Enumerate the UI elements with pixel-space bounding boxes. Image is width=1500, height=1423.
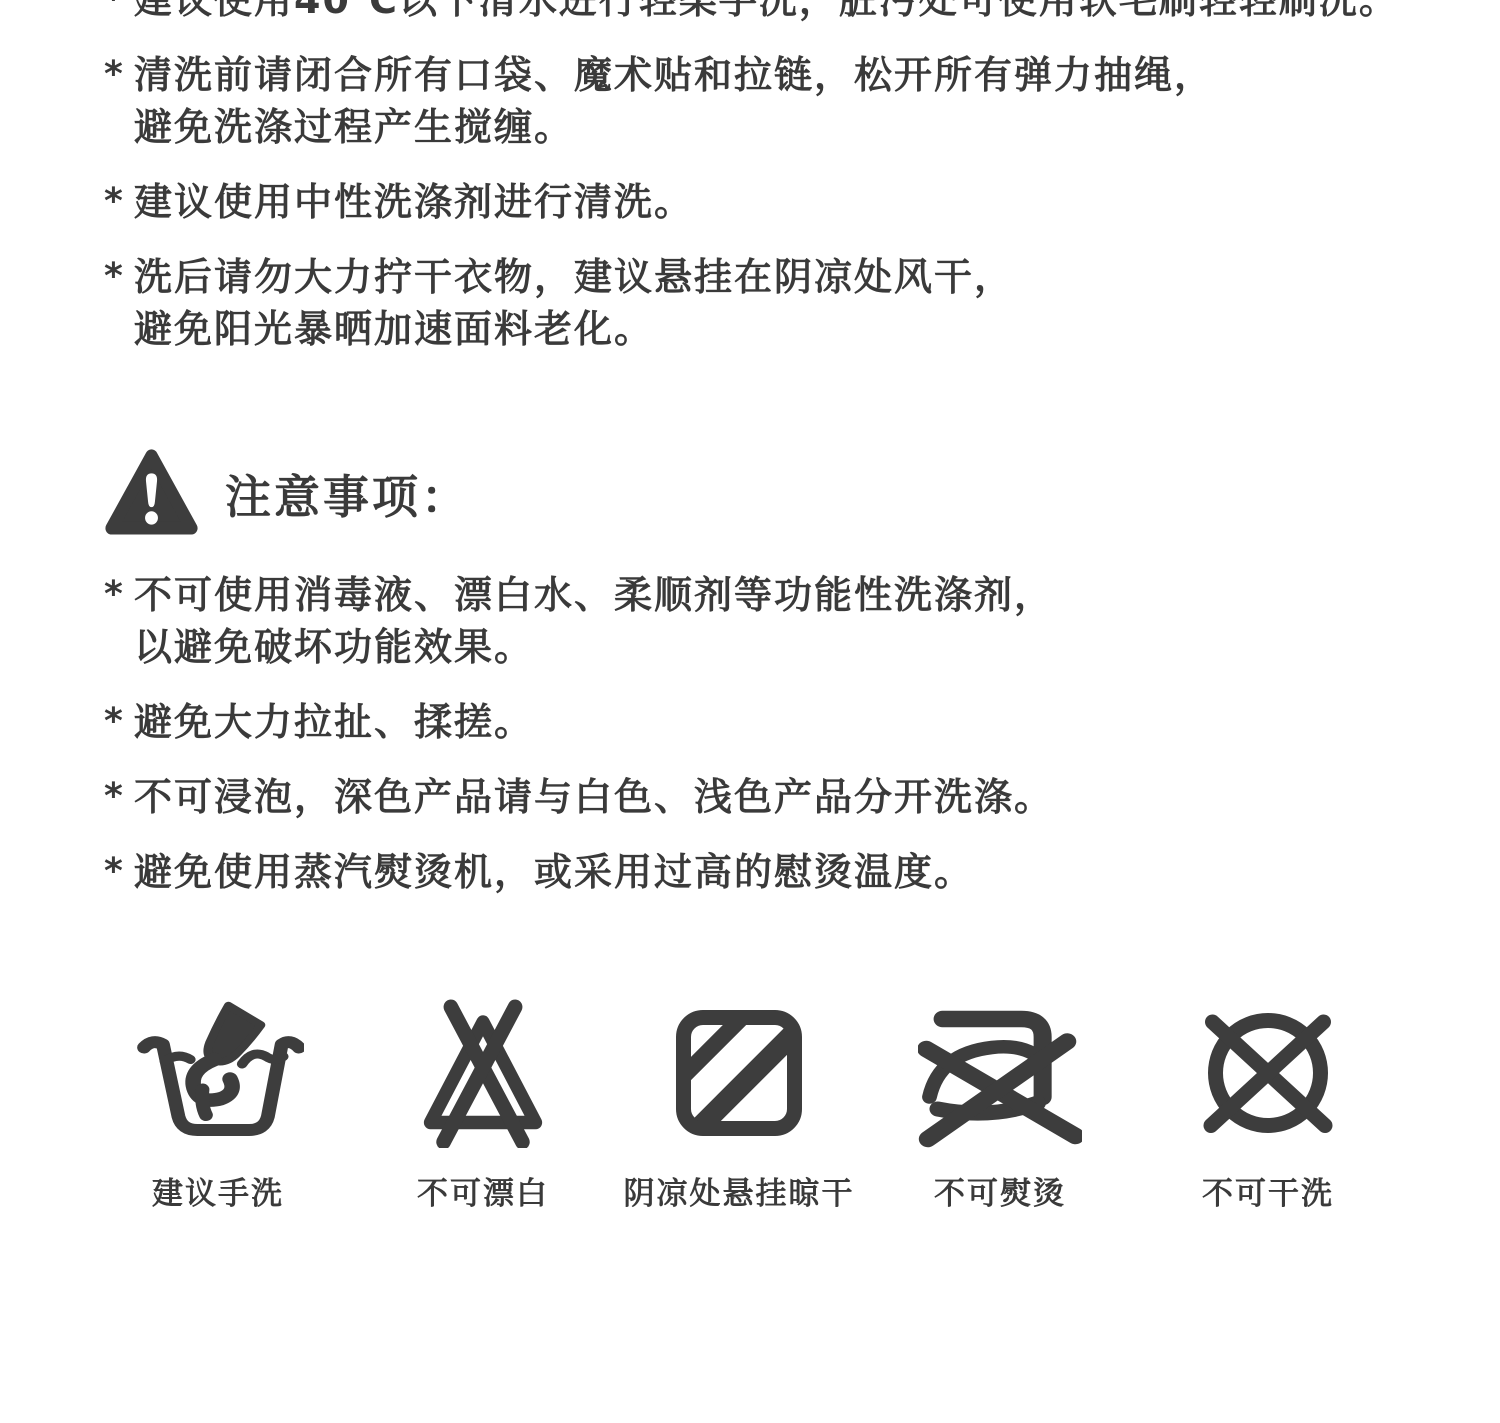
notice-line: 不可浸泡，深色产品请与白色、浅色产品分开洗涤。: [134, 771, 1054, 823]
no-ironing-icon: [860, 998, 1140, 1148]
notice-item: * 避免使用蒸汽熨烫机，或采用过高的慰烫温度。: [104, 846, 1460, 898]
care-tip: * 清洗前请闭合所有口袋、魔术贴和拉链，松开所有弹力抽绳， 避免洗涤过程产生搅缠…: [104, 49, 1460, 153]
care-symbol-label: 不可熨烫: [860, 1174, 1140, 1214]
bullet-asterisk: *: [104, 176, 134, 228]
notice-line: 避免使用蒸汽熨烫机，或采用过高的慰烫温度。: [134, 846, 974, 898]
tip-line: 清洗前请闭合所有口袋、魔术贴和拉链，松开所有弹力抽绳， 避免洗涤过程产生搅缠。: [134, 49, 1214, 153]
care-instructions-content: * 建议使用40℃以下清水进行轻柔手洗，脏污处可使用软毛刷轻轻刷洗。 * 清洗前…: [0, 0, 1500, 355]
care-symbol-line-dry-shade: 阴凉处悬挂晾干: [599, 998, 879, 1214]
bullet-asterisk: *: [104, 251, 134, 303]
no-bleach-icon: [343, 998, 623, 1148]
notice-item: * 避免大力拉扯、揉搓。: [104, 696, 1460, 748]
care-symbol-label: 阴凉处悬挂晾干: [599, 1174, 879, 1214]
notice-header: 注意事项：: [104, 447, 1500, 541]
notice-heading: 注意事项：: [225, 461, 470, 527]
line-dry-in-shade-icon: [599, 998, 879, 1148]
care-tip: * 洗后请勿大力拧干衣物，建议悬挂在阴凉处风干， 避免阳光暴晒加速面料老化。: [104, 251, 1460, 355]
notice-line: 不可使用消毒液、漂白水、柔顺剂等功能性洗涤剂， 以避免破坏功能效果。: [134, 569, 1054, 673]
tip-line: 建议使用中性洗涤剂进行清洗。: [134, 176, 694, 228]
tip-line: 洗后请勿大力拧干衣物，建议悬挂在阴凉处风干， 避免阳光暴晒加速面料老化。: [134, 251, 1014, 355]
hand-wash-icon: [78, 998, 358, 1148]
care-symbol-label: 不可干洗: [1128, 1174, 1408, 1214]
bullet-asterisk: *: [104, 569, 134, 621]
bullet-asterisk: *: [104, 846, 134, 898]
care-tip-cropped: * 建议使用40℃以下清水进行轻柔手洗，脏污处可使用软毛刷轻轻刷洗。: [104, 0, 1460, 26]
bullet-asterisk: *: [104, 771, 134, 823]
warning-triangle-icon: [104, 447, 199, 541]
bullet-asterisk: *: [104, 696, 134, 748]
notice-item: * 不可使用消毒液、漂白水、柔顺剂等功能性洗涤剂， 以避免破坏功能效果。: [104, 569, 1460, 673]
no-dry-clean-icon: [1128, 998, 1408, 1148]
care-tip: * 建议使用中性洗涤剂进行清洗。: [104, 176, 1460, 228]
notice-item: * 不可浸泡，深色产品请与白色、浅色产品分开洗涤。: [104, 771, 1460, 823]
care-instructions-page: * 建议使用40℃以下清水进行轻柔手洗，脏污处可使用软毛刷轻轻刷洗。 * 清洗前…: [0, 0, 1500, 1423]
care-symbols-row: 建议手洗 不可漂白: [0, 998, 1500, 1298]
care-symbol-label: 建议手洗: [78, 1174, 358, 1214]
care-symbol-label: 不可漂白: [343, 1174, 623, 1214]
notice-line: 避免大力拉扯、揉搓。: [134, 696, 534, 748]
care-symbol-hand-wash: 建议手洗: [78, 998, 358, 1214]
care-symbol-no-ironing: 不可熨烫: [860, 998, 1140, 1214]
care-symbol-no-dry-clean: 不可干洗: [1128, 998, 1408, 1214]
notice-list: * 不可使用消毒液、漂白水、柔顺剂等功能性洗涤剂， 以避免破坏功能效果。 * 避…: [0, 569, 1500, 898]
care-symbol-no-bleach: 不可漂白: [343, 998, 623, 1214]
bullet-asterisk: *: [104, 49, 134, 101]
bullet-asterisk: *: [104, 0, 134, 26]
tip-line: 建议使用40℃以下清水进行轻柔手洗，脏污处可使用软毛刷轻轻刷洗。: [134, 0, 1399, 26]
